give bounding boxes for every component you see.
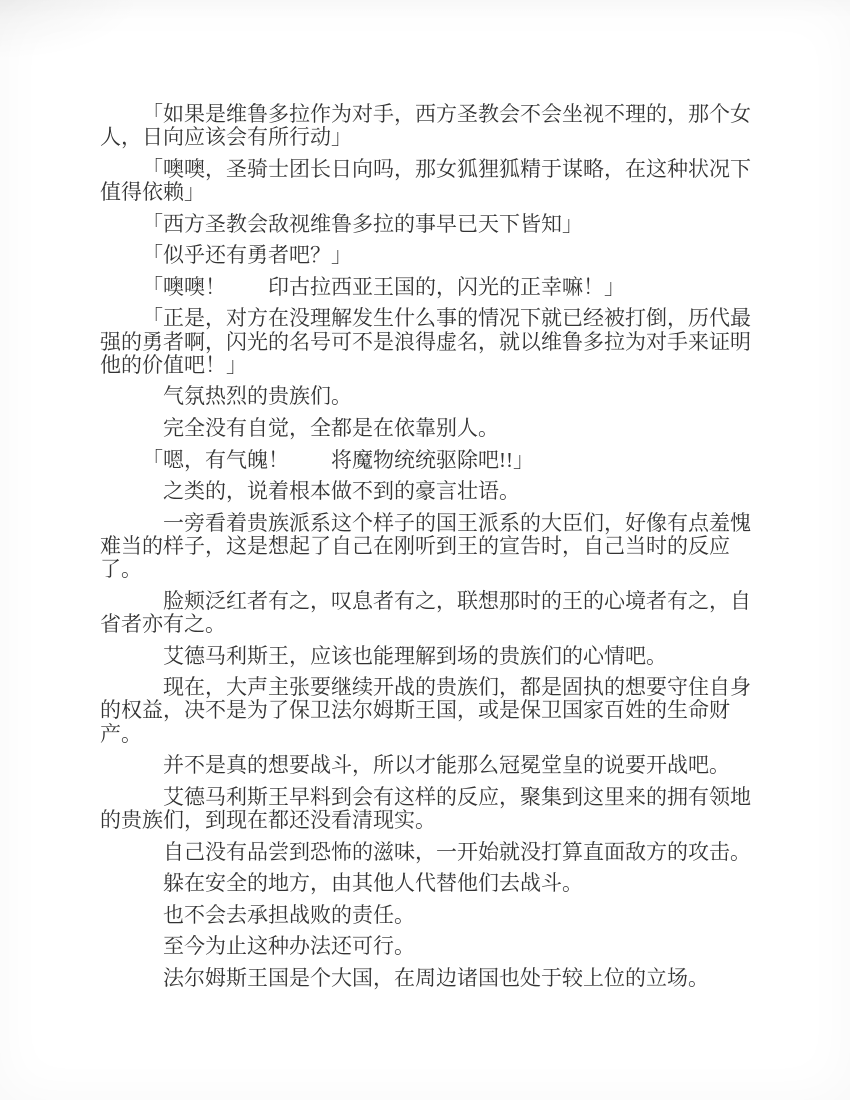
paragraph-narration: 躲在安全的地方，由其他人代替他们去战斗。: [100, 872, 784, 895]
paragraph-narration: 自己没有品尝到恐怖的滋味，一开始就没打算直面敌方的攻击。: [100, 841, 784, 864]
paragraph-quote: 「似乎还有勇者吧？」: [100, 244, 784, 267]
paragraph-narration: 一旁看着贵族派系这个样子的国王派系的大臣们，好像有点羞愧 难当的样子，这是想起了…: [100, 512, 784, 582]
paragraph-quote: 「嗯，有气魄！ 将魔物统统驱除吧!!」: [100, 449, 784, 472]
paragraph-narration: 也不会去承担战败的责任。: [100, 904, 784, 927]
paragraph-narration: 气氛热烈的贵族们。: [100, 385, 784, 408]
paragraph-quote: 「如果是维鲁多拉作为对手，西方圣教会不会坐视不理的，那个女 人，日向应该会有所行…: [100, 103, 784, 149]
text-content: 「如果是维鲁多拉作为对手，西方圣教会不会坐视不理的，那个女 人，日向应该会有所行…: [100, 103, 784, 990]
novel-page: 「如果是维鲁多拉作为对手，西方圣教会不会坐视不理的，那个女 人，日向应该会有所行…: [0, 0, 850, 1100]
paragraph-narration: 艾德马利斯王早料到会有这样的反应，聚集到这里来的拥有领地 的贵族们，到现在都还没…: [100, 786, 784, 832]
paragraph-narration: 之类的，说着根本做不到的豪言壮语。: [100, 480, 784, 503]
paragraph-quote: 「正是，对方在没理解发生什么事的情况下就已经被打倒，历代最 强的勇者啊，闪光的名…: [100, 307, 784, 377]
paragraph-narration: 现在，大声主张要继续开战的贵族们，都是固执的想要守住自身 的权益，决不是为了保卫…: [100, 676, 784, 746]
paragraph-narration: 脸颊泛红者有之，叹息者有之，联想那时的王的心境者有之，自 省者亦有之。: [100, 590, 784, 636]
paragraph-quote: 「噢噢，圣骑士团长日向吗，那女狐狸狐精于谋略，在这种状况下 值得依赖」: [100, 158, 784, 204]
paragraph-quote: 「西方圣教会敌视维鲁多拉的事早已天下皆知」: [100, 213, 784, 236]
paragraph-narration: 并不是真的想要战斗，所以才能那么冠冕堂皇的说要开战吧。: [100, 754, 784, 777]
paragraph-narration: 法尔姆斯王国是个大国，在周边诸国也处于较上位的立场。: [100, 967, 784, 990]
paragraph-narration: 至今为止这种办法还可行。: [100, 935, 784, 958]
paragraph-narration: 完全没有自觉，全都是在依靠别人。: [100, 417, 784, 440]
paragraph-quote: 「噢噢！ 印古拉西亚王国的，闪光的正幸嘛！」: [100, 276, 784, 299]
paragraph-narration: 艾德马利斯王，应该也能理解到场的贵族们的心情吧。: [100, 645, 784, 668]
